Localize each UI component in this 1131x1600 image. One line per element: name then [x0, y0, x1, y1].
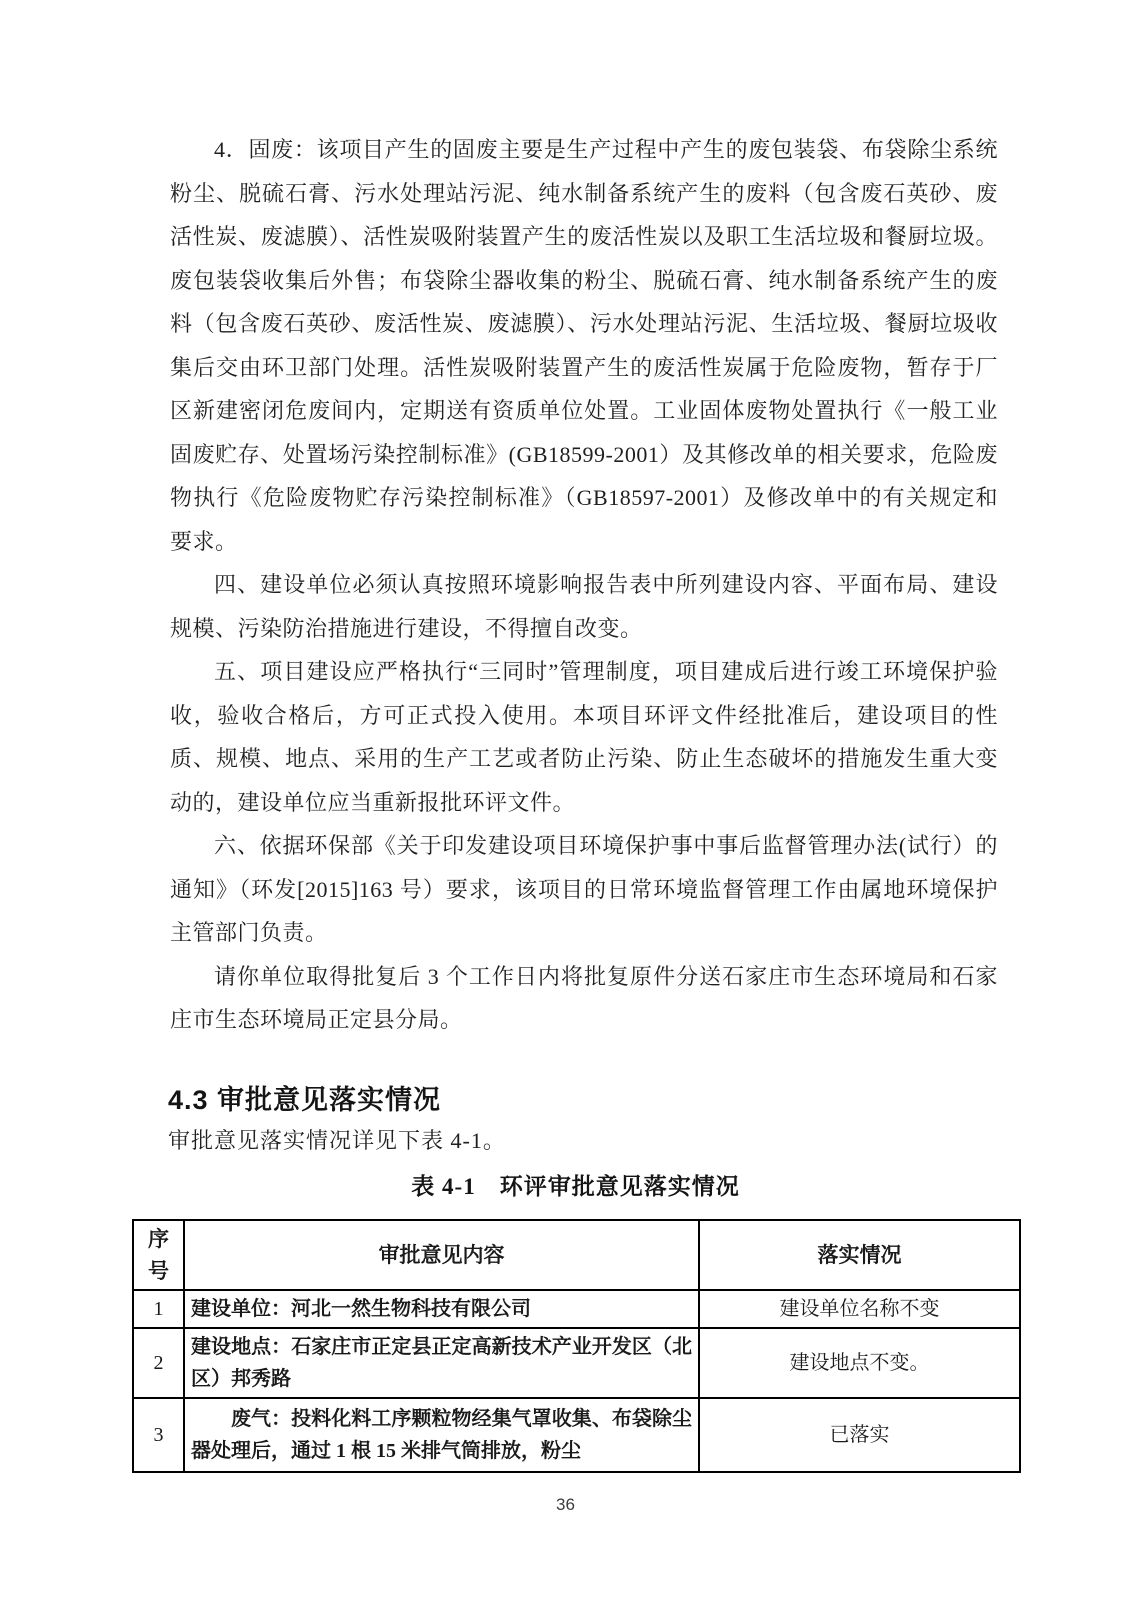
- col-header-content: 审批意见内容: [184, 1220, 699, 1290]
- paragraph-delivery-notice: 请你单位取得批复后 3 个工作日内将批复原件分送石家庄市生态环境局和石家庄市生态…: [170, 955, 998, 1042]
- row-number: 1: [133, 1290, 184, 1328]
- col-header-status: 落实情况: [699, 1220, 1020, 1290]
- paragraph-item-six: 六、依据环保部《关于印发建设项目环境保护事中事后监督管理办法(试行）的通知》（环…: [170, 824, 998, 955]
- table-row: 2 建设地点：石家庄市正定县正定高新技术产业开发区（北区）邦秀路 建设地点不变。: [133, 1328, 1020, 1398]
- col-header-no: 序号: [133, 1220, 184, 1290]
- body-text-block: 4．固废：该项目产生的固废主要是生产过程中产生的废包装袋、布袋除尘系统粉尘、脱硫…: [170, 128, 998, 1042]
- row-content: 废气：投料化料工序颗粒物经集气罩收集、布袋除尘器处理后，通过 1 根 15 米排…: [184, 1398, 699, 1472]
- paragraph-item-five: 五、项目建设应严格执行“三同时”管理制度，项目建成后进行竣工环境保护验收，验收合…: [170, 650, 998, 824]
- section-heading: 4.3 审批意见落实情况: [168, 1078, 441, 1117]
- row-number: 2: [133, 1328, 184, 1398]
- approval-implementation-table: 序号 审批意见内容 落实情况 1 建设单位：河北一然生物科技有限公司 建设单位名…: [132, 1219, 1021, 1473]
- paragraph-solid-waste: 4．固废：该项目产生的固废主要是生产过程中产生的废包装袋、布袋除尘系统粉尘、脱硫…: [170, 128, 998, 563]
- paragraph-item-four: 四、建设单位必须认真按照环境影响报告表中所列建设内容、平面布局、建设规模、污染防…: [170, 563, 998, 650]
- table-header-row: 序号 审批意见内容 落实情况: [133, 1220, 1020, 1290]
- row-content: 建设地点：石家庄市正定县正定高新技术产业开发区（北区）邦秀路: [184, 1328, 699, 1398]
- table-row: 1 建设单位：河北一然生物科技有限公司 建设单位名称不变: [133, 1290, 1020, 1328]
- page-number: 36: [0, 1495, 1131, 1515]
- row-status: 建设单位名称不变: [699, 1290, 1020, 1328]
- row-status: 建设地点不变。: [699, 1328, 1020, 1398]
- table-row: 3 废气：投料化料工序颗粒物经集气罩收集、布袋除尘器处理后，通过 1 根 15 …: [133, 1398, 1020, 1472]
- row-status: 已落实: [699, 1398, 1020, 1472]
- document-page: 4．固废：该项目产生的固废主要是生产过程中产生的废包装袋、布袋除尘系统粉尘、脱硫…: [0, 0, 1131, 1600]
- section-intro: 审批意见落实情况详见下表 4-1。: [168, 1124, 506, 1158]
- row-content: 建设单位：河北一然生物科技有限公司: [184, 1290, 699, 1328]
- row-number: 3: [133, 1398, 184, 1472]
- table-caption: 表 4-1 环评审批意见落实情况: [132, 1168, 1019, 1201]
